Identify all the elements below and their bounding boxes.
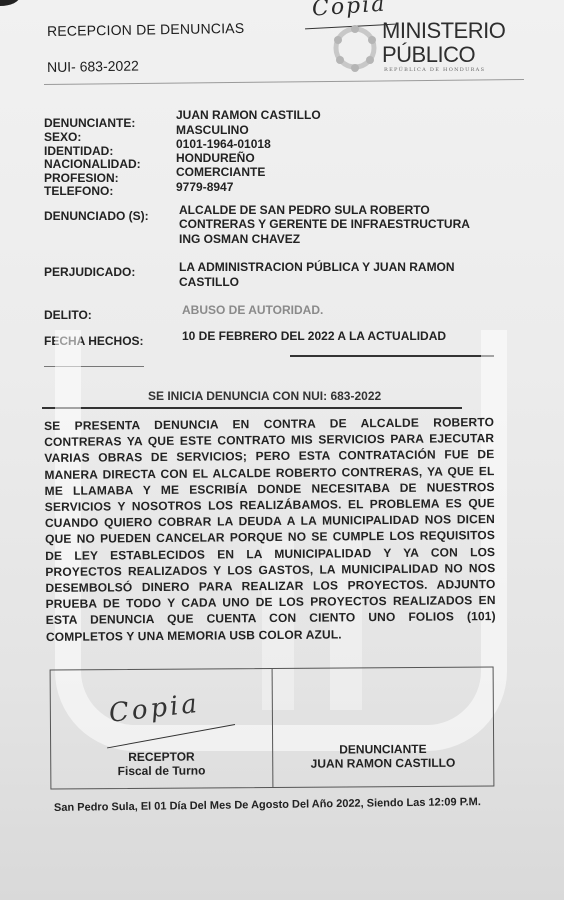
handwritten-copy-annotation: Copia — [107, 689, 201, 729]
page-corner-shadow — [0, 0, 20, 6]
value-denunciado-line-1: ALCALDE DE SAN PEDRO SULA ROBERTO — [179, 204, 430, 217]
complainant-name: JUAN RAMON CASTILLO — [273, 755, 494, 771]
value-perjudicado-line-1: LA ADMINISTRACION PÚBLICA Y JUAN RAMON — [179, 261, 455, 274]
value-nacionalidad: HONDUREÑO — [176, 152, 255, 165]
value-denunciado-line-2: CONTRERAS Y GERENTE DE INFRAESTRUCTURA — [179, 218, 470, 231]
logo-text-ministerio: MINISTERIO — [382, 18, 505, 44]
logo-subtitle: REPÚBLICA DE HONDURAS — [384, 67, 485, 73]
value-sexo: MASCULINO — [176, 124, 249, 137]
value-delito: ABUSO DE AUTORIDAD. — [182, 304, 323, 317]
section-title: SE INICIA DENUNCIA CON NUI: 683-2022 — [148, 389, 381, 403]
label-denunciado: DENUNCIADO (S): — [44, 210, 149, 223]
section-divider-upper — [290, 355, 494, 357]
document-title: RECEPCION DE DENUNCIAS — [47, 20, 245, 39]
label-perjudicado: PERJUDICADO: — [44, 266, 135, 279]
place-and-date: San Pedro Sula, El 01 Día Del Mes De Ago… — [54, 795, 524, 815]
ministerio-publico-seal-icon — [330, 22, 380, 74]
value-perjudicado-line-2: CASTILLO — [179, 276, 239, 289]
value-fecha-hechos: 10 DE FEBRERO DEL 2022 A LA ACTUALIDAD — [182, 330, 446, 343]
label-telefono: TELEFONO: — [44, 185, 113, 198]
section-divider-upper-left — [44, 366, 144, 367]
value-profesion: COMERCIANTE — [176, 166, 265, 179]
logo-text-publico: PÚBLICO — [382, 42, 475, 68]
label-nacionalidad: NACIONALIDAD: — [44, 158, 141, 171]
receiver-signature-cell: Copia RECEPTOR Fiscal de Turno — [51, 669, 273, 789]
receiver-title: Fiscal de Turno — [51, 763, 272, 779]
label-delito: DELITO: — [44, 309, 92, 322]
value-telefono: 9779-8947 — [176, 181, 233, 194]
document-page: RECEPCION DE DENUNCIAS NUI- 683-2022 Cop… — [0, 0, 564, 900]
label-sexo: SEXO: — [44, 131, 81, 144]
section-divider-lower — [42, 407, 462, 409]
signature-line — [107, 724, 235, 748]
value-identidad: 0101-1964-01018 — [176, 138, 271, 151]
complainant-role: DENUNCIANTE — [273, 741, 494, 757]
label-denunciante: DENUNCIANTE: — [44, 117, 135, 130]
handwritten-copy-annotation: Copia — [311, 0, 387, 22]
case-number: NUI- 683-2022 — [47, 58, 139, 75]
complaint-narrative: SE PRESENTA DENUNCIA EN CONTRA DE ALCALD… — [44, 414, 496, 645]
value-denunciante: JUAN RAMON CASTILLO — [176, 109, 321, 122]
signature-table: Copia RECEPTOR Fiscal de Turno DENUNCIAN… — [50, 666, 495, 789]
receiver-role: RECEPTOR — [51, 749, 272, 765]
value-denunciado-line-3: ING OSMAN CHAVEZ — [179, 233, 300, 246]
label-fecha-hechos: FECHA HECHOS: — [44, 335, 144, 348]
header-divider — [44, 79, 524, 85]
complainant-signature-cell: DENUNCIANTE JUAN RAMON CASTILLO — [272, 667, 493, 787]
